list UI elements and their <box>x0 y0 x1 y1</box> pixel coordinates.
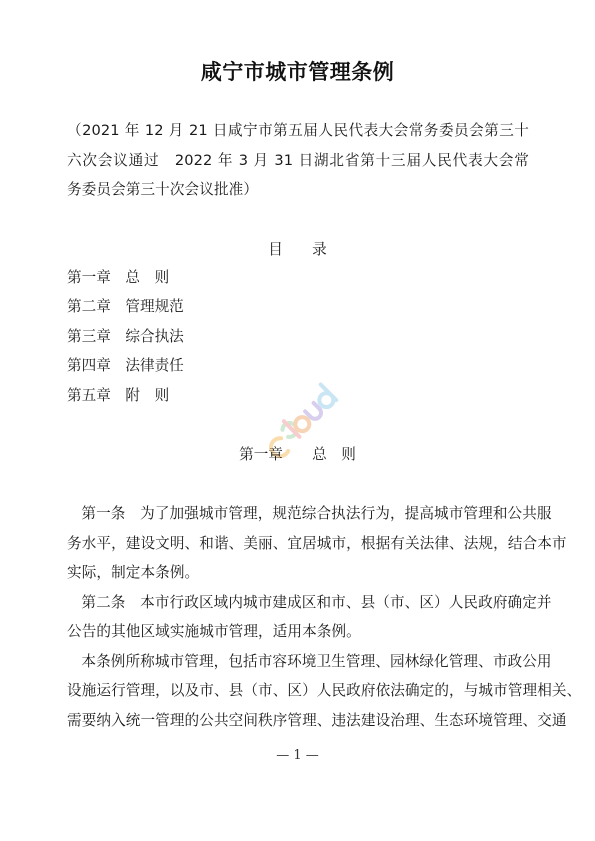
body-line: 需要纳入统一管理的公共空间秩序管理、违法建设治理、生态环境管理、交通 <box>67 711 529 731</box>
chapter-heading: 第一章 总 则 <box>0 445 595 465</box>
body-line: 本条例所称城市管理，包括市容环境卫生管理、园林绿化管理、市政公用 <box>52 652 529 672</box>
toc-item: 第五章 附 则 <box>67 386 169 406</box>
document-page: 咸宁市城市管理条例 （2021 年 12 月 21 日咸宁市第五届人民代表大会常… <box>0 0 595 841</box>
preamble-line: 六次会议通过 2022 年 3 月 31 日湖北省第十三届人民代表大会常 <box>67 151 529 171</box>
document-title: 咸宁市城市管理条例 <box>0 56 595 86</box>
page-number: — 1 — <box>0 748 595 763</box>
body-line: 公告的其他区域实施城市管理，适用本条例。 <box>67 622 529 642</box>
body-line: 第二条 本市行政区域内城市建成区和市、县（市、区）人民政府确定并 <box>52 593 529 613</box>
preamble-line: 务委员会第三十次会议批准） <box>67 180 529 200</box>
body-line: 务水平，建设文明、和谐、美丽、宜居城市，根据有关法律、法规，结合本市 <box>67 534 529 554</box>
body-line: 实际，制定本条例。 <box>67 563 529 583</box>
toc-item: 第二章 管理规范 <box>67 297 184 317</box>
toc-item: 第四章 法律责任 <box>67 356 184 376</box>
toc-item: 第一章 总 则 <box>67 268 169 288</box>
body-line: 设施运行管理，以及市、县（市、区）人民政府依法确定的，与城市管理相关、 <box>67 681 529 701</box>
preamble-line: （2021 年 12 月 21 日咸宁市第五届人民代表大会常务委员会第三十 <box>67 121 529 141</box>
body-line: 第一条 为了加强城市管理，规范综合执法行为，提高城市管理和公共服 <box>52 504 529 524</box>
toc-item: 第三章 综合执法 <box>67 327 184 347</box>
toc-heading: 目 录 <box>0 240 595 260</box>
